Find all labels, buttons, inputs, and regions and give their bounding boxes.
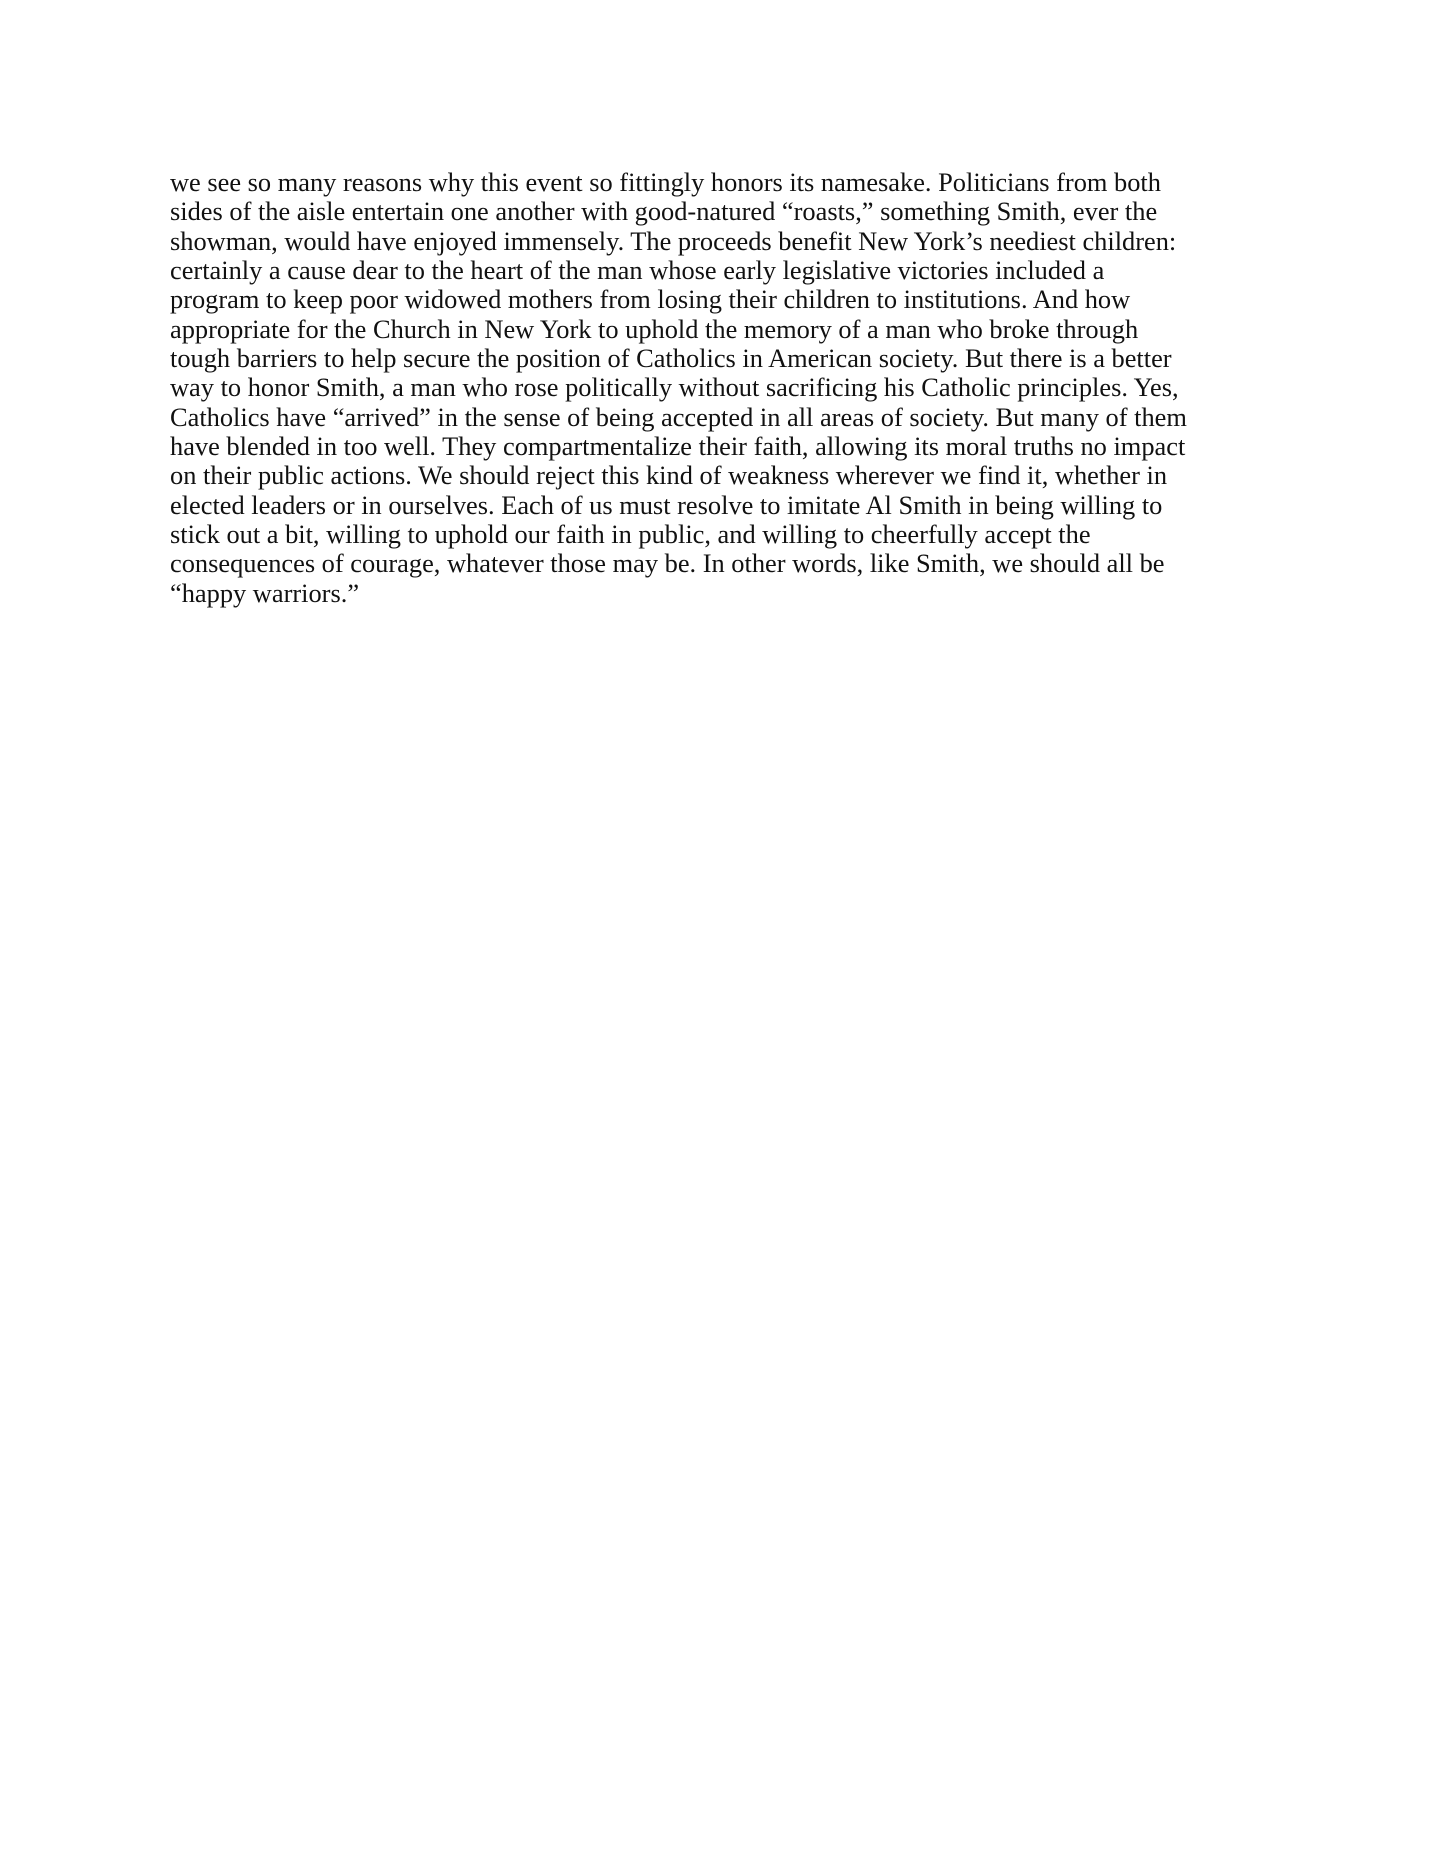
- paragraph-line: Catholics have “arrived” in the sense of…: [170, 403, 1290, 432]
- paragraph-line: way to honor Smith, a man who rose polit…: [170, 373, 1290, 402]
- document-page: we see so many reasons why this event so…: [0, 0, 1445, 1870]
- paragraph-line: on their public actions. We should rejec…: [170, 461, 1290, 490]
- body-paragraph: we see so many reasons why this event so…: [170, 168, 1290, 608]
- paragraph-line: consequences of courage, whatever those …: [170, 549, 1290, 578]
- paragraph-line: sides of the aisle entertain one another…: [170, 197, 1290, 226]
- paragraph-line: have blended in too well. They compartme…: [170, 432, 1290, 461]
- paragraph-line: showman, would have enjoyed immensely. T…: [170, 227, 1290, 256]
- paragraph-line: tough barriers to help secure the positi…: [170, 344, 1290, 373]
- paragraph-line: stick out a bit, willing to uphold our f…: [170, 520, 1290, 549]
- paragraph-line: program to keep poor widowed mothers fro…: [170, 285, 1290, 314]
- paragraph-line: certainly a cause dear to the heart of t…: [170, 256, 1290, 285]
- paragraph-line: appropriate for the Church in New York t…: [170, 315, 1290, 344]
- paragraph-line: we see so many reasons why this event so…: [170, 168, 1290, 197]
- paragraph-line: elected leaders or in ourselves. Each of…: [170, 491, 1290, 520]
- paragraph-line: “happy warriors.”: [170, 579, 1290, 608]
